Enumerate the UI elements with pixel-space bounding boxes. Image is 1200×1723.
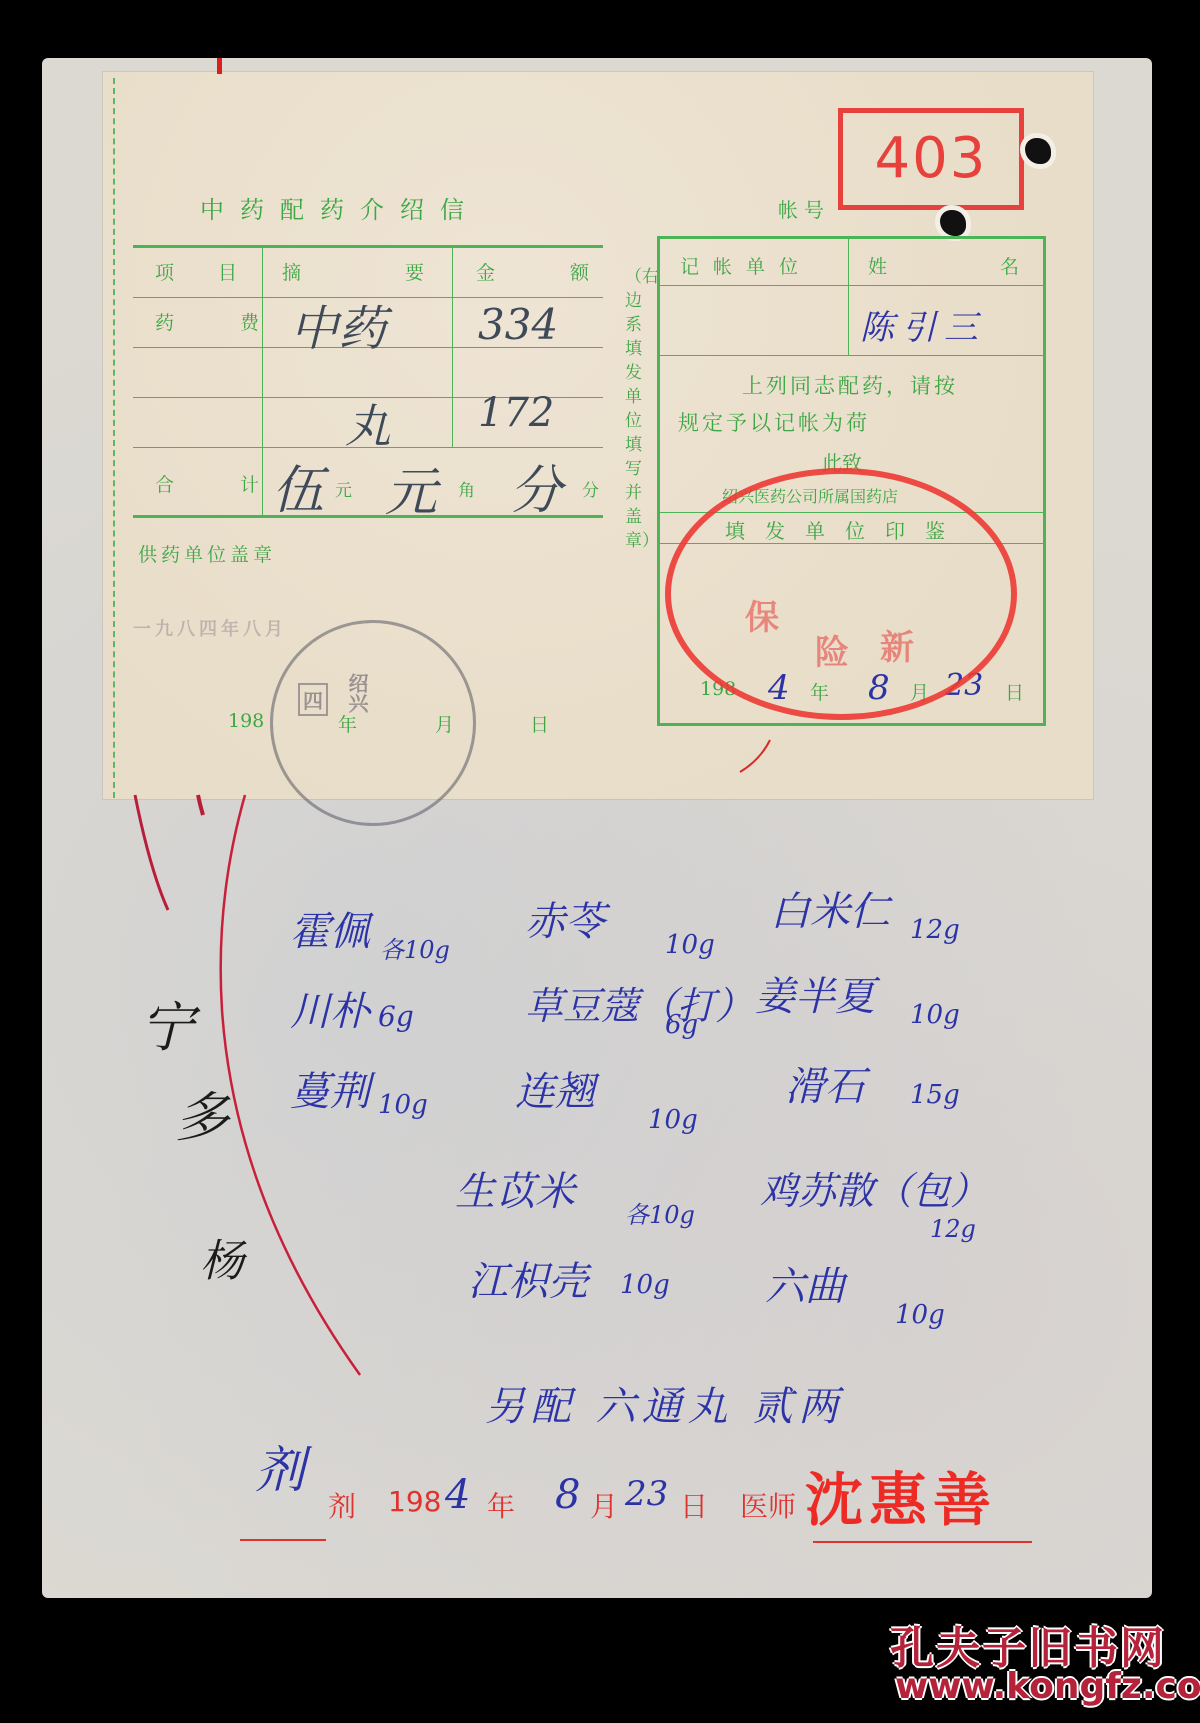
extra-instruction: 另配 六通丸 贰两 <box>485 1375 844 1432</box>
herb-name: 六曲 <box>765 1255 845 1312</box>
herb-dose: 10g <box>620 1270 670 1300</box>
herb-name: 连翘 <box>515 1060 595 1117</box>
herb-dose: 6g <box>378 1000 414 1033</box>
herb-name: 江枳壳 <box>468 1250 588 1307</box>
footer-year-digit: 4 <box>445 1472 470 1518</box>
herb-dose: 各10g <box>625 1195 695 1230</box>
footer-month-label: 月 <box>590 1485 618 1525</box>
herb-dose: 各10g <box>380 930 450 965</box>
margin-mark: 剂 <box>255 1430 305 1502</box>
herb-dose: 12g <box>910 915 960 945</box>
herb-name: 川朴 <box>290 980 370 1037</box>
doctor-seal: 沈惠善 <box>805 1453 997 1537</box>
margin-mark: 多 <box>175 1075 229 1152</box>
herb-dose: 6g <box>665 1010 698 1040</box>
watermark-url: www.kongfz.com <box>895 1666 1200 1707</box>
herb-dose: 10g <box>910 1000 960 1030</box>
herb-name: 霍佩 <box>290 900 370 957</box>
herb-dose: 10g <box>665 930 715 960</box>
doctor-label: 医师 <box>740 1485 796 1525</box>
herb-name: 蔓荆 <box>290 1060 370 1117</box>
herb-dose: 10g <box>378 1090 428 1120</box>
herb-name: 鸡苏散（包） <box>760 1160 988 1215</box>
herb-dose: 15g <box>910 1080 960 1110</box>
herb-name: 姜半夏 <box>755 965 875 1022</box>
herb-dose: 12g <box>930 1215 976 1243</box>
herb-name: 生苡米 <box>455 1160 575 1217</box>
footer-year-prefix: 198 <box>388 1485 441 1518</box>
footer-day-label: 日 <box>680 1485 708 1525</box>
footer-day-value: 23 <box>625 1474 668 1514</box>
margin-mark: 杨 <box>200 1225 244 1289</box>
footer-year-label: 年 <box>487 1485 515 1525</box>
margin-mark: 宁 <box>140 985 194 1062</box>
red-pen-marks <box>0 0 1200 1723</box>
dose-label: 剂 <box>328 1485 356 1525</box>
herb-dose: 10g <box>648 1105 698 1135</box>
herb-name: 赤苓 <box>525 890 605 947</box>
herb-name: 草豆蔻（打） <box>525 975 753 1030</box>
herb-dose: 10g <box>895 1300 945 1330</box>
herb-name: 滑石 <box>785 1055 865 1112</box>
herb-name: 白米仁 <box>770 880 890 937</box>
footer-month-value: 8 <box>555 1472 580 1518</box>
